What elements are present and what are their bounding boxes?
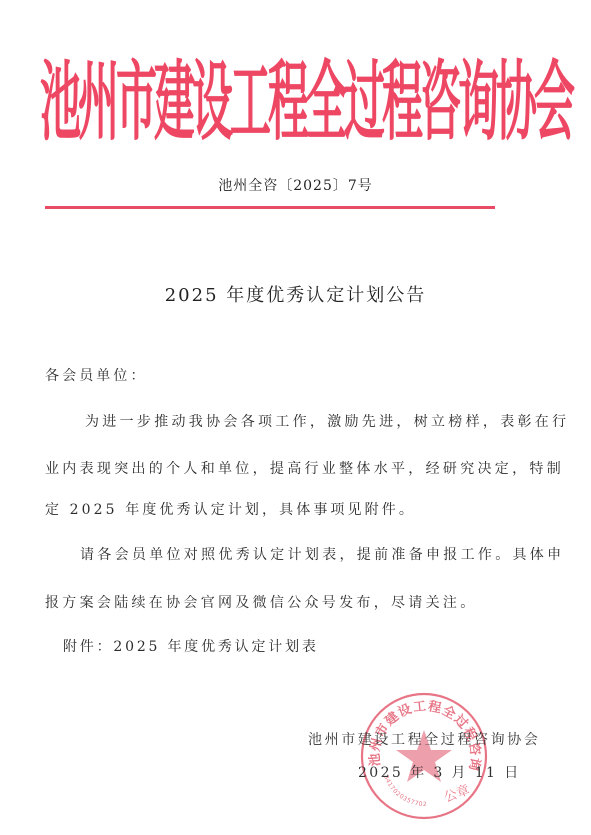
salutation: 各会员单位：	[45, 365, 148, 385]
document-number: 池州全咨〔2025〕7号	[0, 175, 591, 195]
signing-organization: 池州市建设工程全过程咨询协会	[308, 729, 540, 749]
red-divider-rule	[45, 206, 495, 209]
attachment-note: 附件：2025 年度优秀认定计划表	[63, 636, 319, 656]
paragraph-1-line-1: 为进一步推动我协会各项工作，激励先进，树立榜样，表彰在行	[85, 411, 569, 431]
paragraph-2-line-1: 请各会员单位对照优秀认定计划表，提前准备申报工作。具体申	[80, 544, 564, 564]
paragraph-2-line-2: 报方案会陆续在协会官网及微信公众号发布，尽请关注。	[45, 592, 478, 612]
document-page: 池州市建设工程全过程咨询协会 池州全咨〔2025〕7号 2025 年度优秀认定计…	[0, 0, 591, 835]
notice-title: 2025 年度优秀认定计划公告	[0, 281, 591, 307]
paragraph-1-line-3: 定 2025 年度优秀认定计划，具体事项见附件。	[45, 499, 416, 519]
seal-bottom-text: 公章	[442, 782, 472, 806]
official-seal-icon: 池州市建设工程全过程咨询协会 3417020357702 公章	[358, 690, 490, 822]
signing-date: 2025 年 3 月 11 日	[358, 762, 521, 782]
paragraph-1-line-2: 业内表现突出的个人和单位，提高行业整体水平，经研究决定，特制	[45, 458, 564, 478]
